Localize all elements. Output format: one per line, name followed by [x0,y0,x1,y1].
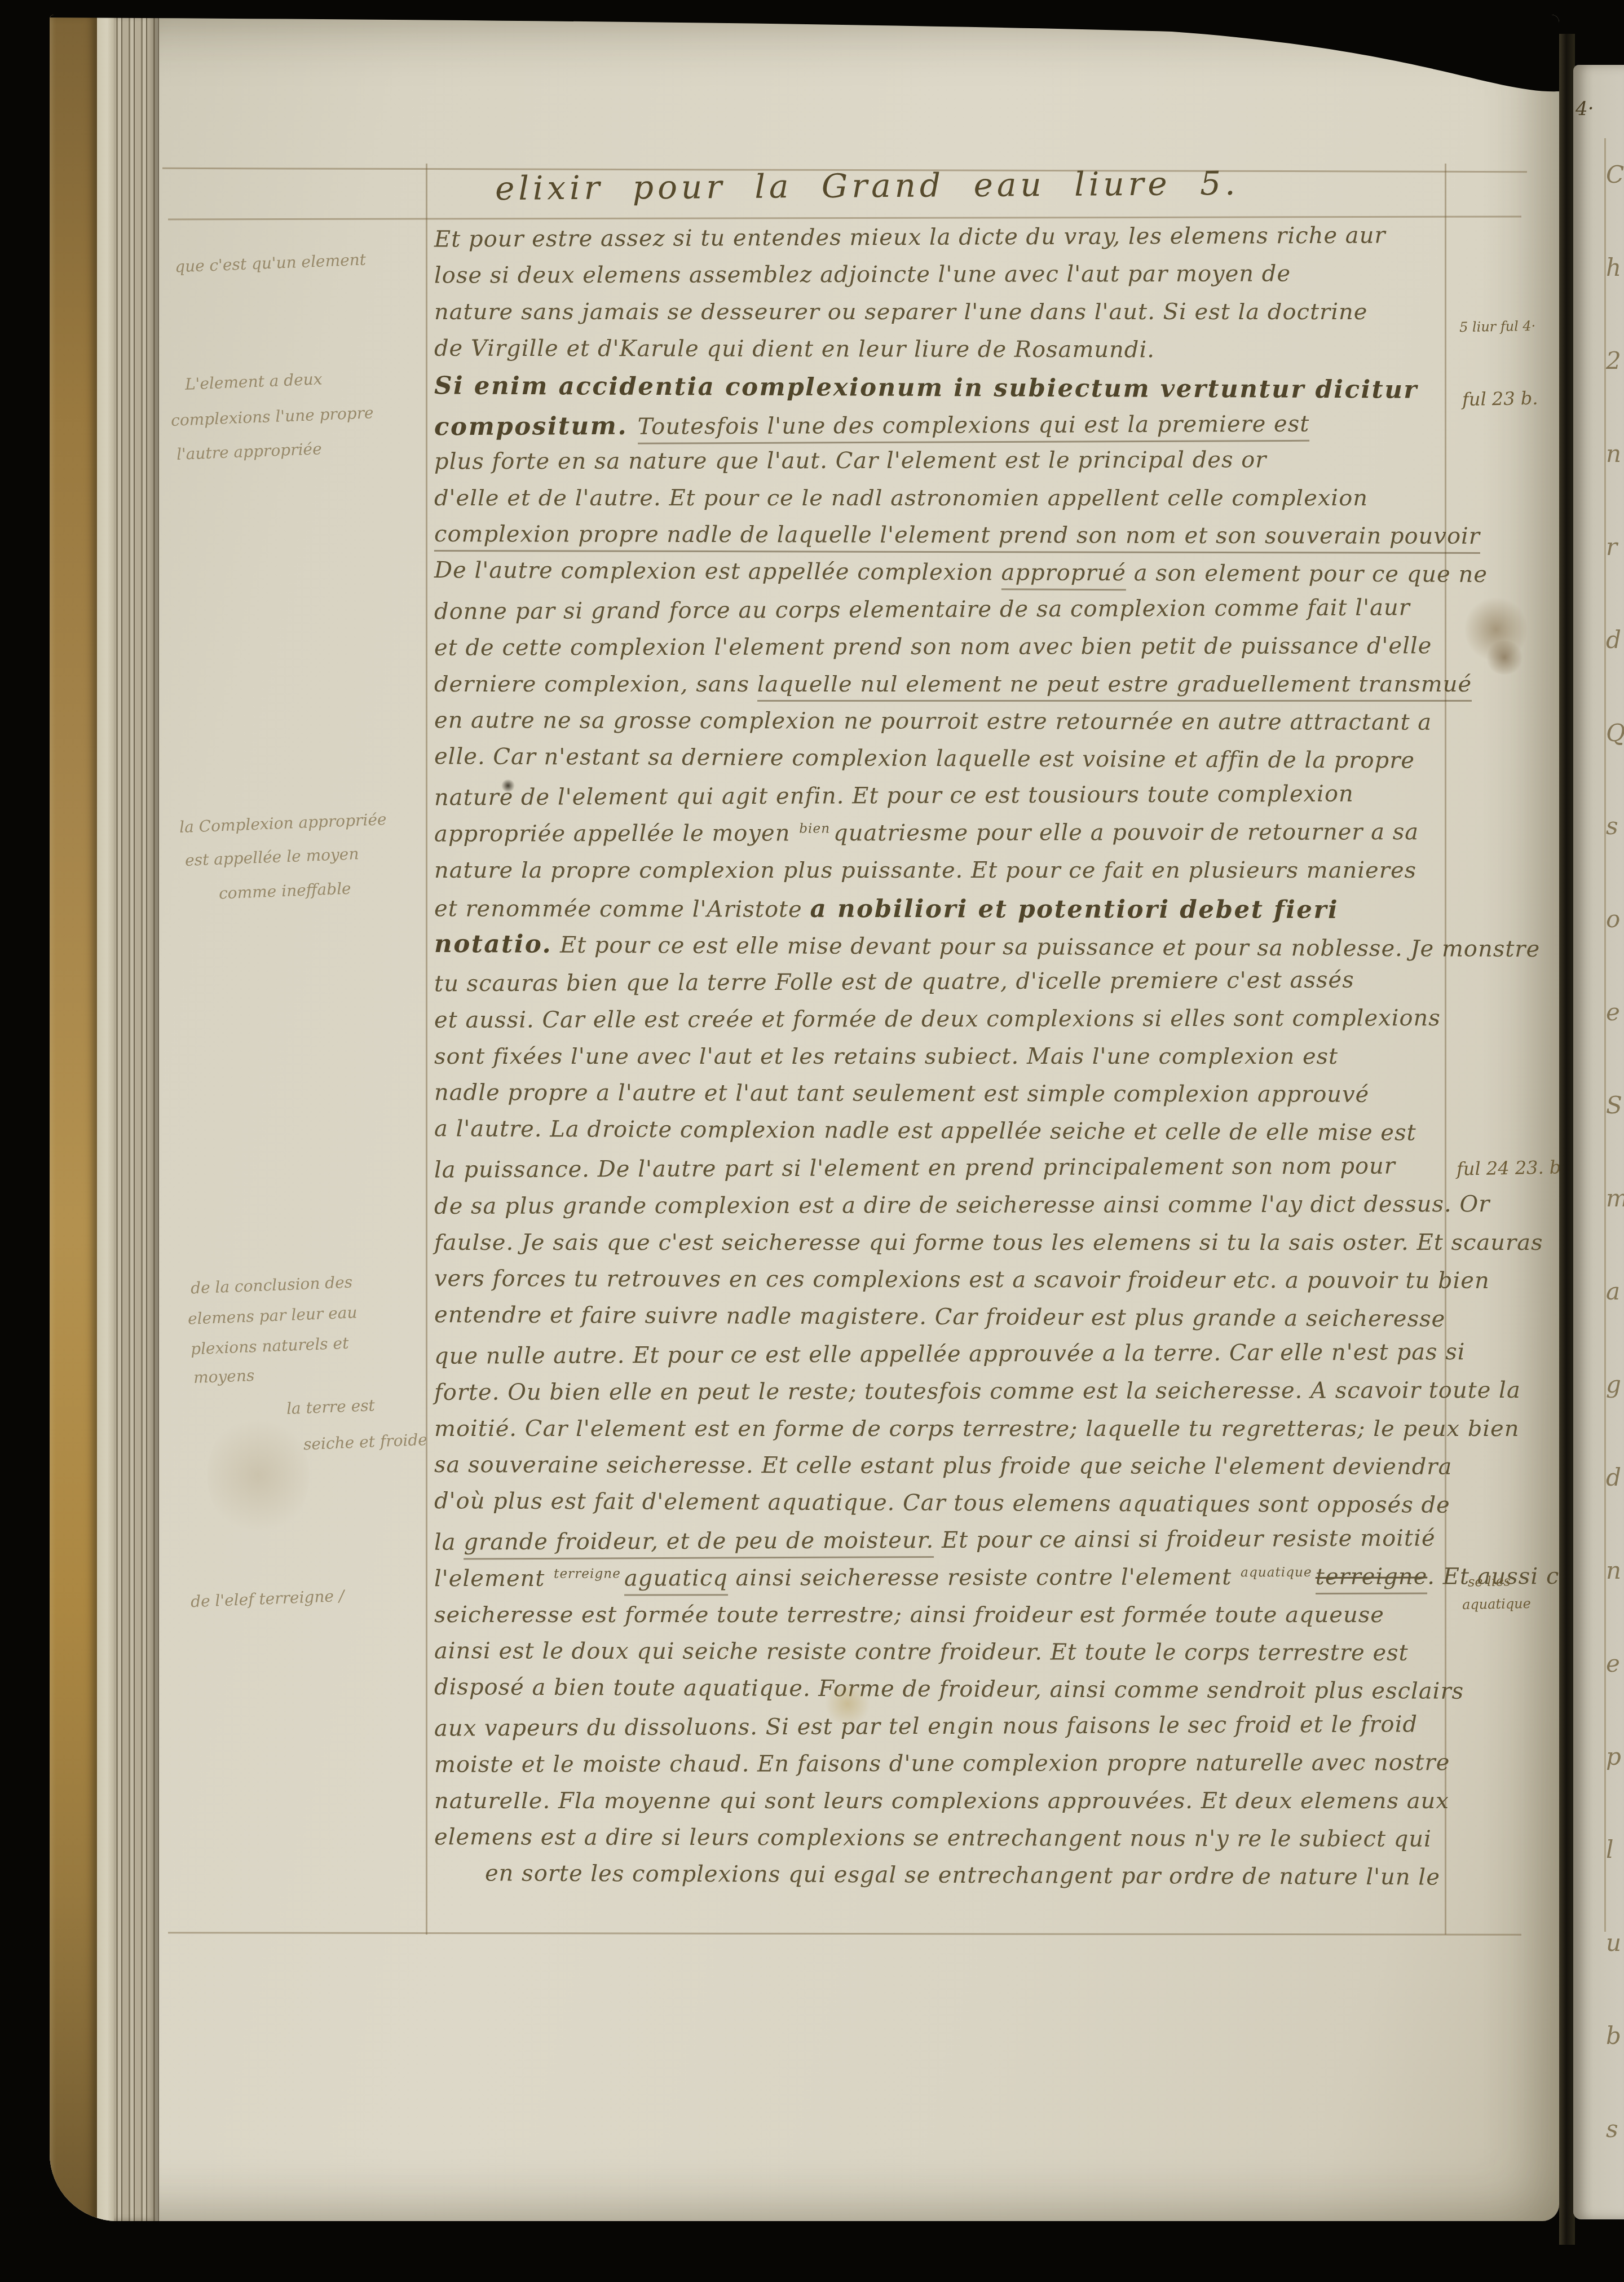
text-segment: elle. Car n'estant sa derniere complexio… [434,743,1415,773]
text-segment: entendre et faire suivre nadle magistere… [434,1302,1446,1332]
text-segment: De l'autre complexion est appellée compl… [434,557,1001,585]
text-segment: sa souveraine seicheresse. Et celle esta… [434,1452,1452,1480]
manuscript-text-line: nadle propre a l'autre et l'aut tant seu… [434,1080,1369,1107]
manuscript-text-line: lose si deux elemens assemblez adjoincte… [434,261,1291,288]
facing-page-partial-glyph: m [1606,1184,1624,1212]
manuscript-text-line: et de cette complexion l'element prend s… [434,633,1432,661]
facing-page-partial-glyph: u [1606,1929,1621,1957]
text-segment: complexion propre nadle de laquelle l'el… [434,521,1480,554]
margin-note-right: aquatique [1462,1596,1531,1613]
page-title: elixir pour la Grand eau liure 5. [495,162,1454,208]
text-segment: et aussi. Car elle est creée et formée d… [434,1005,1441,1033]
text-segment: forte. Ou bien elle en peut le reste; to… [434,1377,1521,1406]
text-segment: Et pour ce ainsi si froideur resiste moi… [934,1525,1436,1553]
manuscript-text-line: complexion propre nadle de laquelle l'el… [434,521,1480,549]
ink-stain [1465,596,1527,663]
facing-page-partial-glyph: p [1606,1743,1621,1770]
manuscript-text-line: Si enim accidentia complexionum in subie… [434,371,1418,404]
facing-page-partial-glyph: h [1606,254,1621,281]
text-segment: moiste et le moiste chaud. En faisons d'… [434,1750,1450,1778]
text-segment: naturelle. Fla moyenne qui sont leurs co… [434,1788,1449,1814]
text-segment: aquatique [1241,1565,1312,1580]
facing-page-partial-glyph: a [1606,1277,1620,1305]
manuscript-text-line: disposé a bien toute aquatique. Forme de… [434,1674,1464,1704]
facing-page-partial-glyph: l [1606,1836,1613,1864]
facing-page-partial-glyph: n [1606,440,1621,468]
main-text-block: Et pour estre assez si tu entendes mieux… [434,224,1449,1950]
text-segment: d'où plus est fait d'element aquatique. … [434,1488,1450,1518]
manuscript-text-line: appropriée appellée le moyen bienquatrie… [434,819,1419,847]
title-bottom-rule [168,215,1521,220]
manuscript-text-line: l'element terreigneaguaticq ainsi seiche… [434,1563,1559,1592]
text-segment: plus forte en sa nature que l'aut. Car l… [434,447,1267,474]
text-segment: nature sans jamais se desseurer ou separ… [434,299,1367,325]
margin-note-left: la terre est [286,1396,375,1418]
text-segment: disposé a bien toute aquatique. Forme de… [434,1674,1464,1704]
margin-note-left: de la conclusion des [190,1273,352,1298]
text-segment: en sorte les complexions qui esgal se en… [485,1860,1440,1890]
margin-note-left: plexions naturels et [190,1334,348,1359]
facing-page-edge: 4· Ch2nrdQsoeSmagdneplubs [1573,65,1624,2219]
margin-note-left: la Complexion appropriée [179,810,387,836]
text-segment: et de cette complexion l'element prend s… [434,633,1432,661]
manuscript-text-line: et renommée comme l'Aristote a nobiliori… [434,893,1339,924]
text-segment: nadle propre a l'autre et l'aut tant seu… [434,1080,1369,1107]
text-segment: quatriesme pour elle a pouvoir de retour… [833,819,1419,846]
manuscript-text-line: la puissance. De l'autre part si l'eleme… [434,1153,1396,1183]
facing-page-partial-glyph: d [1606,1464,1621,1491]
text-segment: derniere complexion, sans [434,671,757,697]
page-edge-band [97,15,114,2221]
margin-note-right: se lies [1468,1573,1511,1589]
text-segment: ainsi seicheresse resiste contre l'eleme… [728,1564,1239,1591]
manuscript-text-line: vers forces tu retrouves en ces complexi… [434,1266,1490,1294]
facing-page-partial-glyph: C [1606,161,1624,188]
text-segment: la puissance. De l'autre part si l'eleme… [434,1153,1396,1183]
text-segment: a son element pour ce que ne [1126,560,1488,588]
manuscript-text-line: derniere complexion, sans laquelle nul e… [434,671,1472,697]
manuscript-text-line: naturelle. Fla moyenne qui sont leurs co… [434,1788,1449,1814]
text-segment: de Virgille et d'Karule qui dient en leu… [434,336,1155,363]
margin-note-right: 5 liur ful 4· [1459,318,1536,335]
text-segment: approprué [1001,560,1126,591]
manuscript-text-line: et aussi. Car elle est creée et formée d… [434,1005,1441,1033]
manuscript-text-line: la grande froideur, et de peu de moisteu… [434,1525,1436,1555]
manuscript-text-line: en autre ne sa grosse complexion ne pour… [434,707,1432,735]
facing-page-partial-glyph: b [1606,2022,1621,2050]
manuscript-text-line: nature la propre complexion plus puissan… [434,857,1416,883]
book-gutter-gap [1559,34,1575,2245]
text-segment: a nobiliori et potentiori debet fieri [810,895,1339,924]
manuscript-page: elixir pour la Grand eau liure 5. Et pou… [50,15,1559,2221]
facing-page-partial-glyph: s [1606,812,1618,840]
manuscript-text-line: plus forte en sa nature que l'aut. Car l… [434,447,1267,474]
manuscript-photo-scene: elixir pour la Grand eau liure 5. Et pou… [0,0,1624,2282]
manuscript-text-line: forte. Ou bien elle en peut le reste; to… [434,1377,1521,1406]
margin-note-left: que c'est qu'un element [174,250,366,276]
manuscript-text-line: sa souveraine seicheresse. Et celle esta… [434,1452,1452,1480]
manuscript-text-line: en sorte les complexions qui esgal se en… [485,1860,1440,1890]
text-segment: appropriée appellée le moyen [434,820,798,847]
margin-note-left: moyens [193,1366,254,1387]
manuscript-text-line: d'où plus est fait d'element aquatique. … [434,1488,1450,1518]
margin-note-left: est appellée le moyen [184,844,359,870]
text-segment: que nulle autre. Et pour ce est elle app… [434,1339,1466,1369]
text-segment: aux vapeurs du dissoluons. Si est par te… [434,1711,1418,1741]
page-top-shadow-curve [50,15,1559,116]
manuscript-text-line: compositum. Toutesfois l'une des complex… [434,409,1309,442]
stacked-page-edges [114,15,159,2221]
text-segment: terreigne [1316,1564,1428,1594]
manuscript-text-line: Et pour estre assez si tu entendes mieux… [434,222,1386,252]
text-segment: bien [799,821,830,836]
text-segment: l'element [434,1566,553,1592]
facing-page-partial-glyph: r [1606,533,1617,561]
margin-note-left: L'element a deux [184,369,323,393]
text-segment: seicheresse est formée toute terrestre; … [434,1602,1384,1628]
manuscript-text-line: a l'autre. La droicte complexion nadle e… [434,1116,1416,1146]
manuscript-text-line: donne par si grand force au corps elemen… [434,594,1410,624]
facing-page-partial-glyph: e [1606,998,1620,1026]
margin-note-right: ful 24 23. b [1457,1156,1559,1179]
text-segment: vers forces tu retrouves en ces complexi… [434,1266,1490,1294]
manuscript-text-line: nature sans jamais se desseurer ou separ… [434,299,1367,325]
text-segment: donne par si grand force au corps elemen… [434,594,1410,624]
margin-note-left: elemens par leur eau [187,1303,358,1328]
text-segment: en autre ne sa grosse complexion ne pour… [434,707,1432,735]
facing-page-partial-glyph: Q [1606,719,1624,747]
manuscript-text-line: moiste et le moiste chaud. En faisons d'… [434,1750,1450,1778]
facing-page-partial-glyph: e [1606,1650,1620,1677]
text-segment: et renommée comme l'Aristote [434,896,810,922]
facing-page-partial-glyph: n [1606,1557,1621,1584]
text-segment: Si enim accidentia complexionum in subie… [434,371,1418,404]
text-segment: notatio. [434,929,553,959]
manuscript-text-line: faulse. Je sais que c'est seicheresse qu… [434,1230,1543,1255]
facing-page-partial-glyph: s [1606,2115,1618,2143]
margin-note-left: comme ineffable [218,879,351,903]
facing-page-partial-glyph: S [1606,1091,1622,1119]
foxing-stain [208,1413,309,1538]
manuscript-text-line: De l'autre complexion est appellée compl… [434,557,1488,588]
manuscript-text-line: elle. Car n'estant sa derniere complexio… [434,743,1415,773]
text-segment: d'elle et de l'autre. Et pour ce le nadl… [434,485,1368,511]
facing-page-partial-glyph: o [1606,905,1620,933]
text-segment: laquelle nul element ne peut estre gradu… [757,671,1472,702]
manuscript-text-line: notatio. Et pour ce est elle mise devant… [434,929,1540,963]
margin-note-right: ful 23 b. [1462,387,1538,410]
manuscript-text-line: de sa plus grande complexion est a dire … [434,1191,1490,1219]
manuscript-text-line: aux vapeurs du dissoluons. Si est par te… [434,1711,1418,1741]
manuscript-text-line: nature de l'element qui agit enfin. Et p… [434,781,1354,811]
text-segment: nature de l'element qui agit enfin. Et p… [434,781,1354,811]
manuscript-text-line: d'elle et de l'autre. Et pour ce le nadl… [434,485,1368,511]
facing-page-partial-glyph: 2 [1606,347,1621,375]
text-segment: ainsi est le doux qui seiche resiste con… [434,1638,1409,1666]
manuscript-text-line: entendre et faire suivre nadle magistere… [434,1302,1446,1332]
margin-note-left: de l'elef terreigne / [190,1587,344,1611]
text-segment: aguaticq [624,1565,728,1596]
text-segment: nature la propre complexion plus puissan… [434,857,1416,883]
manuscript-text-line: tu scauras bien que la terre Folle est d… [434,967,1354,997]
text-segment: faulse. Je sais que c'est seicheresse qu… [434,1230,1543,1255]
text-segment: de sa plus grande complexion est a dire … [434,1191,1490,1219]
manuscript-text-line: elemens est a dire si leurs complexions … [434,1824,1432,1852]
text-segment: sont fixées l'une avec l'aut et les reta… [434,1043,1338,1069]
facing-page-partial-glyph: d [1606,626,1621,654]
text-segment: grande froideur, et de peu de moisteur. [464,1527,934,1559]
text-segment: la [434,1529,464,1555]
ink-stain [1485,641,1524,675]
margin-note-left: l'autre appropriée [176,439,322,464]
manuscript-text-line: ainsi est le doux qui seiche resiste con… [434,1638,1409,1666]
text-segment: moitié. Car l'element est en forme de co… [434,1416,1520,1442]
manuscript-text-line: de Virgille et d'Karule qui dient en leu… [434,336,1155,363]
text-segment: tu scauras bien que la terre Folle est d… [434,967,1354,997]
manuscript-text-line: moitié. Car l'element est en forme de co… [434,1416,1520,1442]
text-segment: Et pour ce est elle mise devant pour sa … [552,932,1540,962]
text-segment: Et pour estre assez si tu entendes mieux… [434,222,1386,252]
facing-page-partial-glyph: g [1606,1371,1621,1398]
text-segment: lose si deux elemens assemblez adjoincte… [434,261,1291,288]
margin-note-left: seiche et froide [303,1430,427,1453]
text-segment: Toutesfois l'une des complexions qui est… [638,411,1310,444]
margin-note-left: complexions l'une propre [170,403,374,430]
text-segment: compositum. [434,412,638,442]
text-segment: a l'autre. La droicte complexion nadle e… [434,1116,1416,1146]
manuscript-text-line: sont fixées l'une avec l'aut et les reta… [434,1043,1338,1069]
facing-page-folio-mark: 4· [1576,98,1594,120]
leather-spine-edge [50,15,97,2221]
text-segment: terreigne [554,1566,621,1581]
left-margin-rule [426,164,427,1935]
manuscript-text-line: seicheresse est formée toute terrestre; … [434,1602,1384,1628]
text-segment: elemens est a dire si leurs complexions … [434,1824,1432,1852]
manuscript-text-line: que nulle autre. Et pour ce est elle app… [434,1339,1466,1369]
